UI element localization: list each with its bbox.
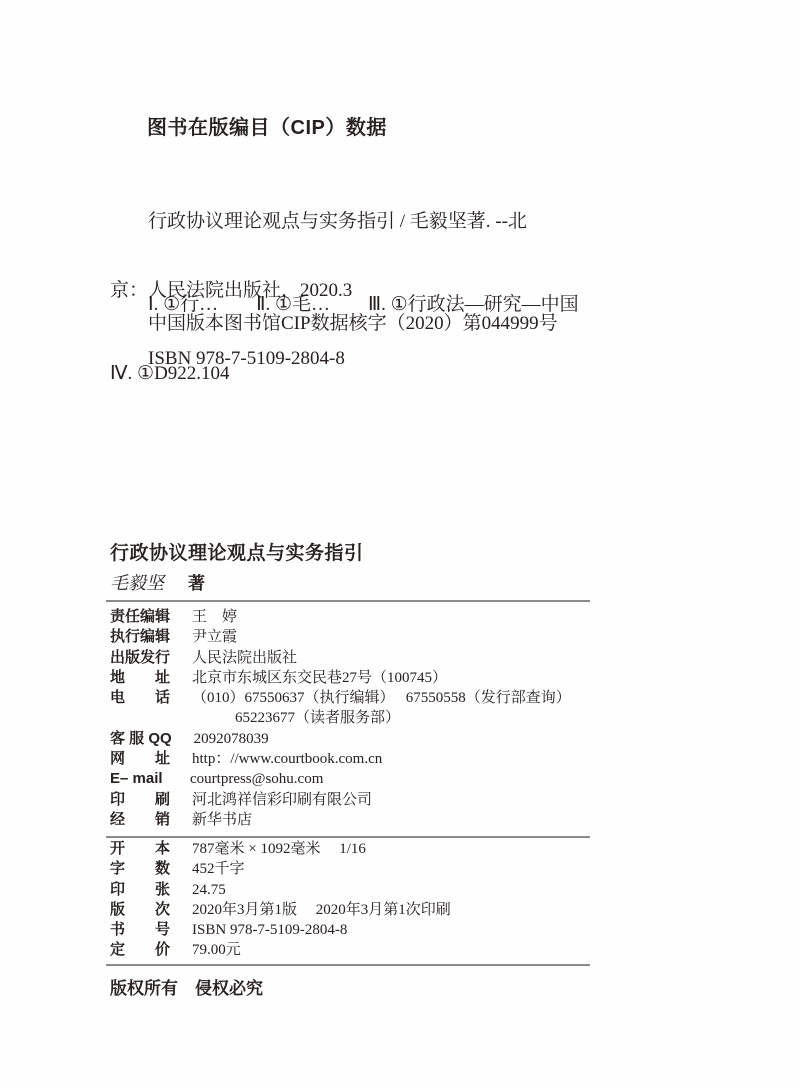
field-label: 书 号: [110, 920, 170, 940]
field-value: 65223677（读者服务部）: [190, 708, 400, 728]
colophon-table: 责任编辑 王 婷 执行编辑 尹立霞 出版发行 人民法院出版社 地 址 北京市东城…: [110, 607, 571, 830]
field-label: 网 址: [110, 749, 170, 769]
field-label: E– mail: [110, 769, 168, 789]
field-value: 新华书店: [192, 810, 252, 830]
field-value: 24.75: [192, 880, 226, 900]
field-label: 开 本: [110, 839, 170, 859]
spec-row: 定 价 79.00元: [110, 940, 451, 960]
colophon-row: 电 话 （010）67550637（执行编辑） 67550558（发行部查询）: [110, 688, 571, 708]
colophon-page: 图书在版编目（CIP）数据 行政协议理论观点与实务指引 / 毛毅坚著. --北 …: [0, 0, 800, 1086]
field-value: 尹立霞: [192, 627, 237, 647]
field-value: 2020年3月第1版 2020年3月第1次印刷: [192, 900, 451, 920]
cip-classification: Ⅰ. ①行… Ⅱ. ①毛… Ⅲ. ①行政法—研究—中国 Ⅳ. ①D922.104: [110, 249, 579, 431]
field-label: 版 次: [110, 900, 170, 920]
spec-row: 开 本 787毫米 × 1092毫米 1/16: [110, 839, 451, 859]
field-value: 王 婷: [192, 607, 237, 627]
cip-classification-line2: Ⅳ. ①D922.104: [110, 363, 579, 386]
cip-heading: 图书在版编目（CIP）数据: [147, 111, 387, 140]
field-value: 787毫米 × 1092毫米 1/16: [192, 839, 366, 859]
divider-bottom: [106, 964, 590, 966]
book-author-line: 毛毅坚著: [110, 569, 205, 595]
field-label: 定 价: [110, 940, 170, 960]
colophon-row: 经 销 新华书店: [110, 810, 571, 830]
colophon-row: 客 服 QQ 2092078039: [110, 729, 571, 749]
colophon-row: 印 刷 河北鸿祥信彩印刷有限公司: [110, 790, 571, 810]
colophon-row: 责任编辑 王 婷: [110, 607, 571, 627]
field-label: 印 张: [110, 880, 170, 900]
divider-middle: [106, 836, 590, 838]
spec-row: 书 号 ISBN 978-7-5109-2804-8: [110, 920, 451, 940]
field-value: 2092078039: [194, 729, 269, 749]
field-value: 452千字: [192, 859, 245, 879]
field-value: 北京市东城区东交民巷27号（100745）: [192, 668, 447, 688]
field-label: 地 址: [110, 668, 170, 688]
colophon-row: 执行编辑 尹立霞: [110, 627, 571, 647]
field-value: 79.00元: [192, 940, 241, 960]
field-label: 客 服 QQ: [110, 729, 172, 749]
cip-description-line1: 行政协议理论观点与实务指引 / 毛毅坚著. --北: [110, 211, 527, 234]
field-value: courtpress@sohu.com: [190, 769, 323, 789]
divider-top: [106, 600, 590, 602]
book-title: 行政协议理论观点与实务指引: [110, 538, 364, 565]
author-name: 毛毅坚: [110, 573, 164, 594]
field-label: 电 话: [110, 688, 170, 708]
field-label: 印 刷: [110, 790, 170, 810]
field-value: 人民法院出版社: [192, 648, 297, 668]
colophon-row: 网 址 http：//www.courtbook.com.cn: [110, 749, 571, 769]
colophon-row: E– mail courtpress@sohu.com: [110, 769, 571, 789]
field-value: http：//www.courtbook.com.cn: [192, 749, 382, 769]
field-value: 河北鸿祥信彩印刷有限公司: [192, 790, 372, 810]
field-label: 责任编辑: [110, 607, 170, 627]
field-label: 经 销: [110, 810, 170, 830]
colophon-row: 出版发行 人民法院出版社: [110, 648, 571, 668]
colophon-row: 地 址 北京市东城区东交民巷27号（100745）: [110, 668, 571, 688]
spec-row: 版 次 2020年3月第1版 2020年3月第1次印刷: [110, 900, 451, 920]
field-value: （010）67550637（执行编辑） 67550558（发行部查询）: [192, 688, 571, 708]
colophon-row-continuation: 65223677（读者服务部）: [110, 708, 571, 728]
field-label: 出版发行: [110, 648, 170, 668]
author-role: 著: [188, 574, 205, 593]
field-label: 字 数: [110, 859, 170, 879]
spec-row: 印 张 24.75: [110, 880, 451, 900]
field-label: 执行编辑: [110, 627, 170, 647]
spec-row: 字 数 452千字: [110, 859, 451, 879]
spec-table: 开 本 787毫米 × 1092毫米 1/16 字 数 452千字 印 张 24…: [110, 839, 451, 961]
cip-record-number: 中国版本图书馆CIP数据核字（2020）第044999号: [148, 313, 558, 336]
copyright-notice: 版权所有 侵权必究: [110, 974, 263, 999]
field-value: ISBN 978-7-5109-2804-8: [192, 920, 347, 940]
